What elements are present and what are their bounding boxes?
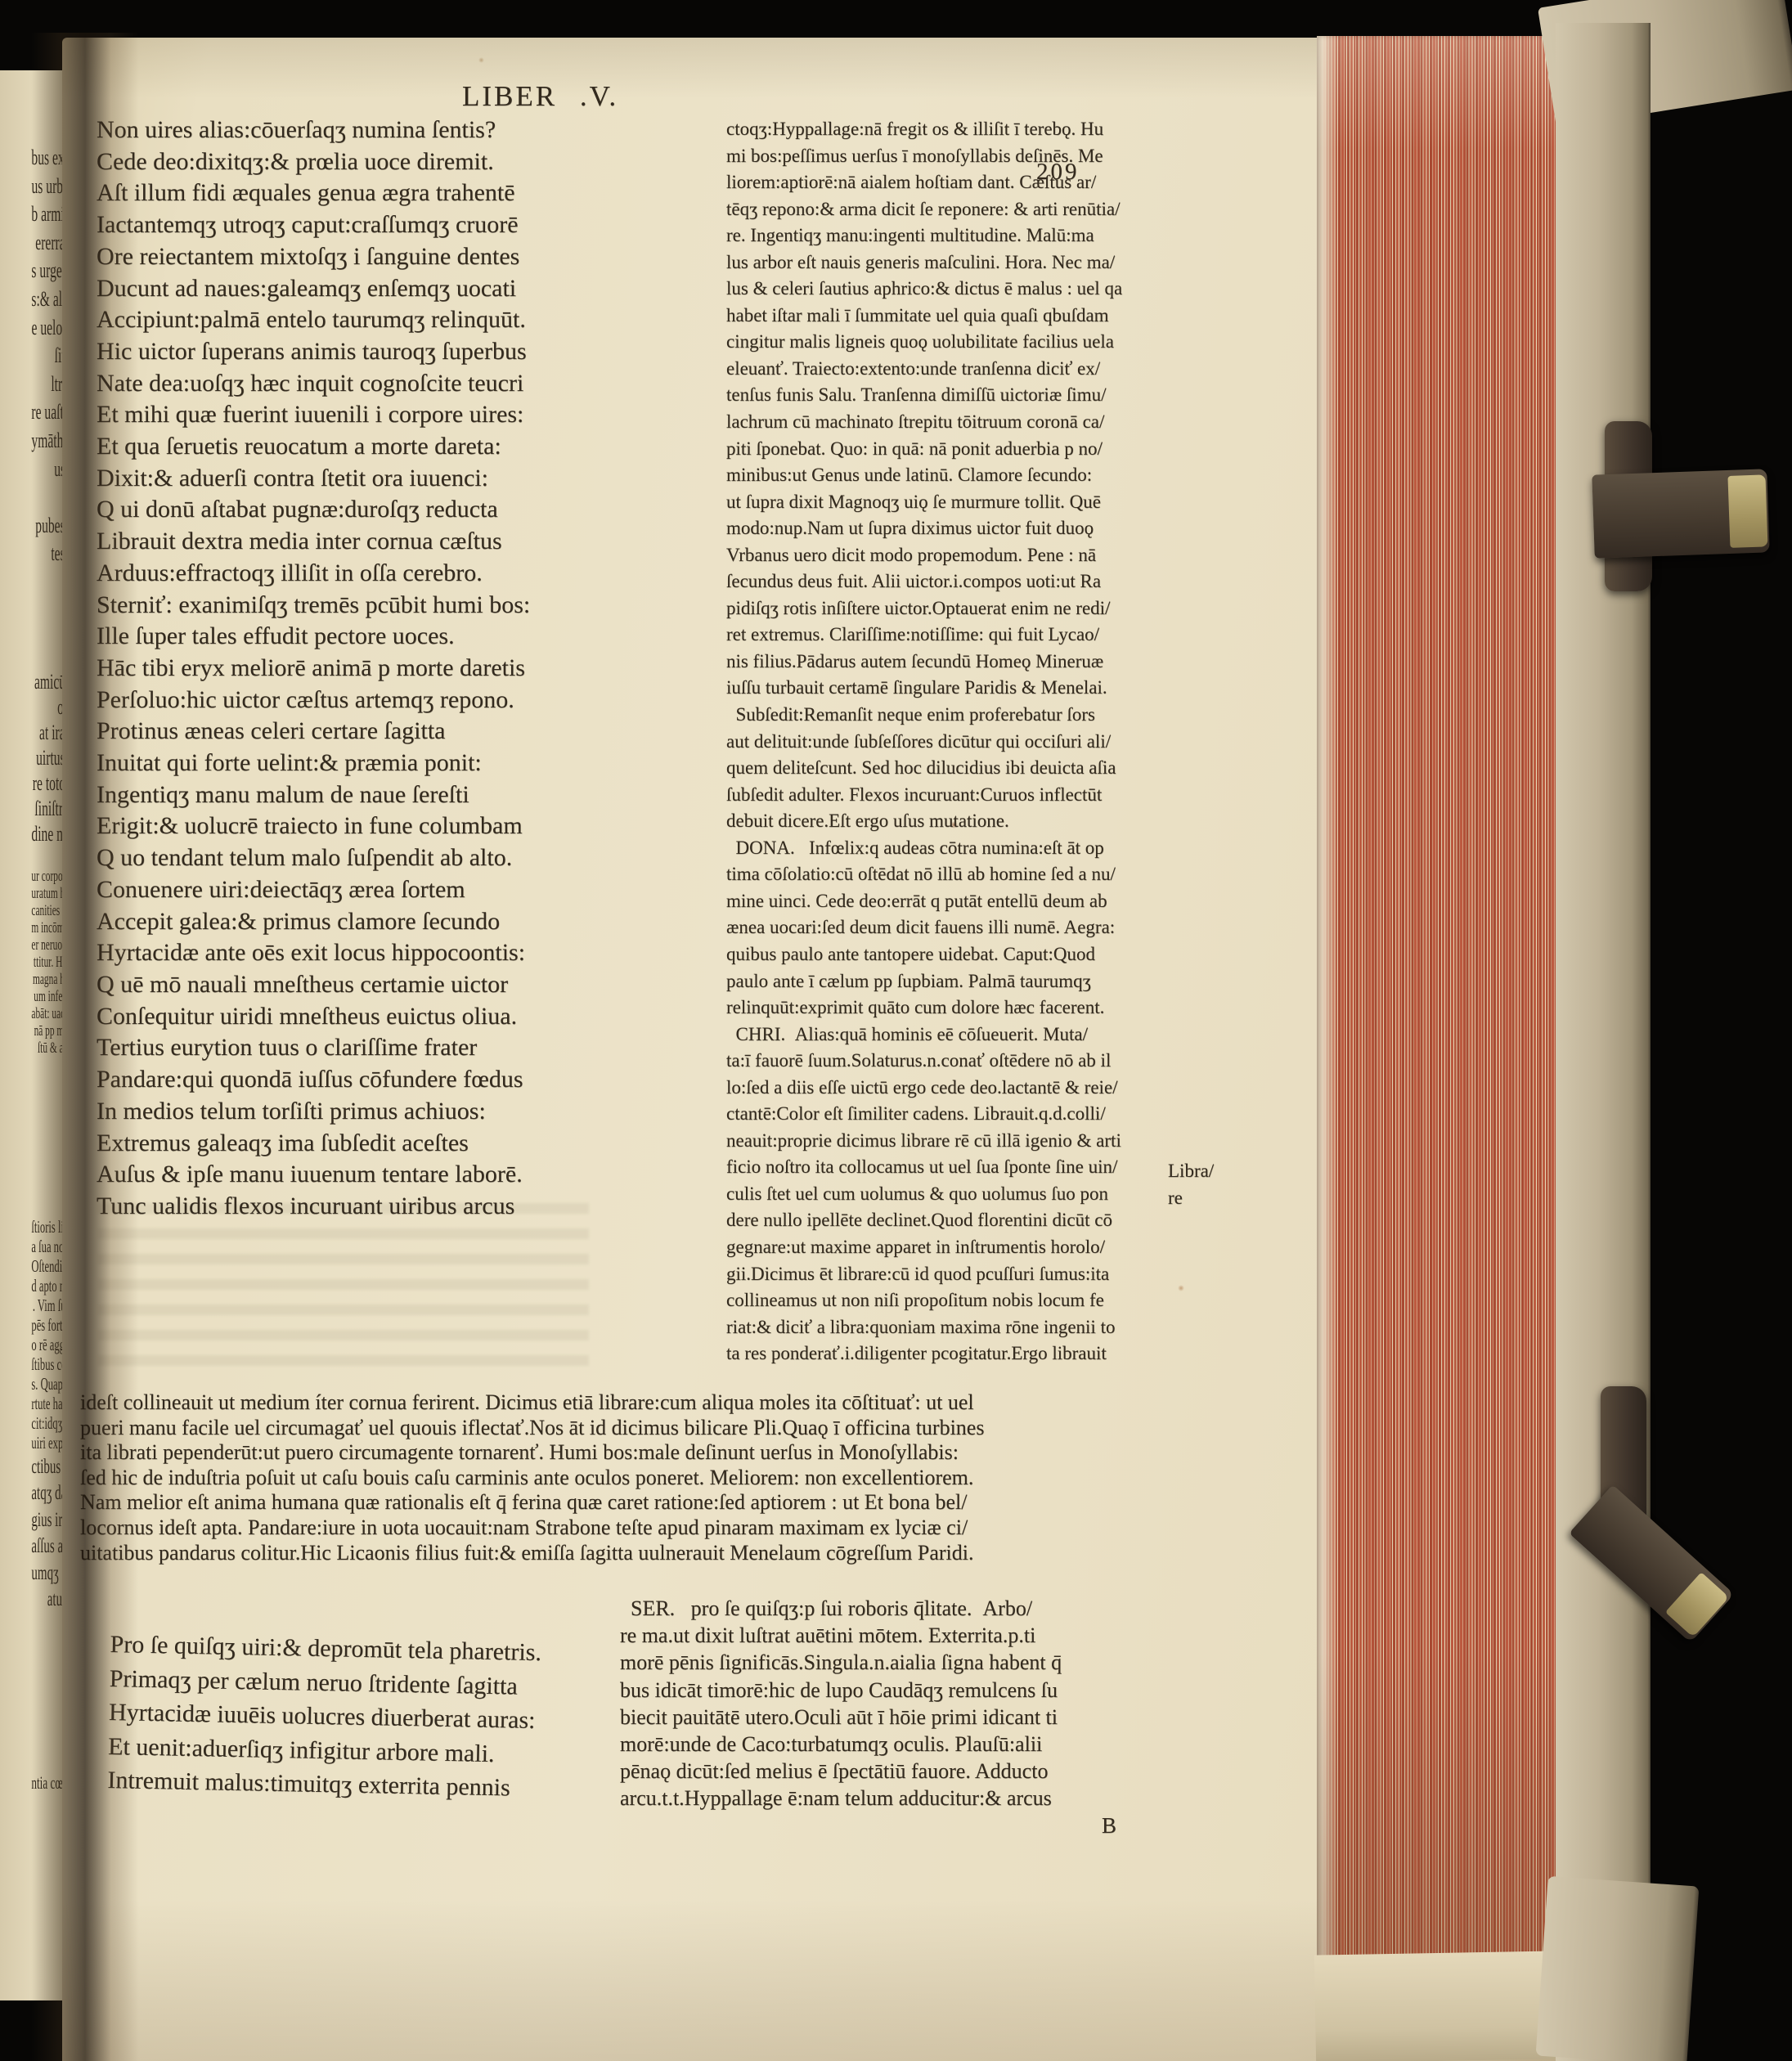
text-line: piti ſponebat. Quo: in quā: nā ponit adu… — [726, 436, 1149, 463]
text-line: morē pēnis ſignificās.Singula.n.aialia ſ… — [620, 1649, 1152, 1676]
text-line: debuit dicere.Eſt ergo uſus mutatione. — [726, 808, 1149, 835]
upper-clasp-brass-fitting — [1727, 474, 1767, 548]
bottom-commentary-block: ideſt collineauit ut medium íter cornua … — [80, 1390, 1174, 1565]
text-line: Tertius eurytion tuus o clariſſime frate… — [97, 1032, 569, 1064]
text-line: habet iſtar mali ī ſummitate uel quia qu… — [726, 303, 1149, 330]
upper-clasp-strap — [1592, 469, 1769, 558]
text-line: SER. pro ſe quiſqʒ:p ſui roboris q̄litat… — [620, 1595, 1152, 1622]
fore-edge-bottom-margin — [1314, 1951, 1563, 2061]
text-line: Ille ſuper tales effudit pectore uoces. — [97, 621, 569, 653]
running-title: LIBER .V. — [462, 80, 618, 113]
text-line: ta res ponderať.i.diligenter pcogitatur.… — [726, 1340, 1149, 1367]
text-line: relinquūt:exprimit quāto cum dolore hæc … — [726, 995, 1149, 1022]
text-line: Conuenere uiri:deiectāqʒ ærea ſortem — [97, 874, 569, 906]
text-line: gegnare:ut maxime apparet in inſtrumenti… — [726, 1234, 1149, 1261]
text-line: cingitur malis ligneis quoǫ uolubilitate… — [726, 329, 1149, 356]
text-line: Q ui donū aſtabat pugnæ:duroſqʒ reducta — [97, 494, 569, 526]
text-line: lus arbor eſt nauis generis maſculini. H… — [726, 249, 1149, 276]
text-line: aut delituit:unde ſubſeſſores dicūtur qu… — [726, 729, 1149, 756]
text-line: ret extremus. Clariſſime:notiſſime: qui … — [726, 622, 1149, 649]
text-line: tenſus funis Salu. Tranſenna dimiſſū uic… — [726, 382, 1149, 409]
text-line: Perſoluo:hic uictor cæſtus artemqʒ repon… — [97, 685, 569, 716]
lower-clasp-brass-fitting — [1665, 1572, 1729, 1637]
text-line: pēnaǫ dicūt:ſed melius ē ſpectātiū fauor… — [620, 1758, 1152, 1785]
text-line: Iactantemqʒ utroqʒ caput:craſſumqʒ cruor… — [97, 209, 569, 241]
text-line: ctoqʒ:Hyppallage:nā fregit os & illiſit … — [726, 116, 1149, 143]
vellum-cover-edge — [1556, 23, 1651, 2061]
text-line: Erigit:& uolucrē traiecto in fune columb… — [97, 810, 569, 842]
text-line: Accipiunt:palmā entelo taurumqʒ relinquū… — [97, 304, 569, 336]
text-line: ficio noſtro ita collocamus ut uel ſua ſ… — [726, 1154, 1149, 1181]
margin-note: Libra/re — [1168, 1157, 1258, 1211]
text-line: Inuitat qui forte uelint:& præmia ponit: — [97, 748, 569, 779]
text-line: eleuanť. Traiecto:extento:unde tranſenna… — [726, 356, 1149, 383]
text-line: ſubſedit adulter. Flexos incuruant:Curuo… — [726, 782, 1149, 809]
text-line: lus & celeri ſautius aphrico:& dictus ē … — [726, 276, 1149, 303]
quire-signature: B — [1102, 1813, 1116, 1839]
lower-clasp — [1591, 1386, 1792, 1632]
text-line: Pandare:qui quondā iuſſus cōfundere fœdu… — [97, 1064, 569, 1096]
text-line: dere nullo ipellēte declinet.Quod floren… — [726, 1207, 1149, 1234]
text-line: ta:ī fauorē ſuum.Solaturus.n.conať oſtēd… — [726, 1048, 1149, 1075]
text-line: ita librati pependerūt:ut puero circumag… — [80, 1440, 1174, 1466]
text-line: Ore reiectantem mixtoſqʒ i ſanguine dent… — [97, 241, 569, 273]
text-line: riat:& diciť a libra:quoniam maxima rōne… — [726, 1314, 1149, 1341]
text-line: mi bos:peſſimus uerſus ī monoſyllabis de… — [726, 143, 1149, 170]
text-line: collineamus ut non niſi propoſitum nobis… — [726, 1287, 1149, 1314]
text-line: paulo ante ī cælum pp ſupbiam. Palmā tau… — [726, 968, 1149, 995]
text-line: arcu.t.t.Hyppallage ē:nam telum adducitu… — [620, 1785, 1152, 1812]
text-line: Subſedit:Remanſit neque enim proferebatu… — [726, 702, 1149, 729]
text-line: pidiſqʒ rotis inſiſtere uictor.Optauerat… — [726, 595, 1149, 622]
text-line: Dixit:& aduerſi contra ſtetit ora iuuenc… — [97, 463, 569, 495]
text-line: lachrum cū machinato ſtrepitu tōitruum c… — [726, 409, 1149, 436]
text-line: Non uires alias:cōuerſaqʒ numina ſentis? — [97, 114, 569, 146]
text-line: neauit:proprie dicimus librare rē cū ill… — [726, 1128, 1149, 1155]
text-line: gii.Dicimus ēt librare:cū id quod pcuſſu… — [726, 1261, 1149, 1288]
text-line: pueri manu facile uel circumagať uel quo… — [80, 1416, 1174, 1441]
verse-column: Non uires alias:cōuerſaqʒ numina ſentis?… — [97, 114, 569, 1223]
text-line: Sterniť: exanimiſqʒ tremēs pcūbit humi b… — [97, 590, 569, 622]
text-line: quem deliteſcunt. Sed hoc dilucidius ibi… — [726, 755, 1149, 782]
text-line: Ingentiqʒ manu malum de naue ſereſti — [97, 779, 569, 811]
lower-clasp-strap — [1569, 1484, 1734, 1642]
fore-edge-page-block — [1317, 36, 1561, 1960]
text-line: minibus:ut Genus unde latinū. Clamore ſe… — [726, 462, 1149, 489]
text-line: morē:unde de Caco:turbatumqʒ oculis. Pla… — [620, 1731, 1152, 1758]
text-line: liorem:aptiorē:nā aialem hoſtiam dant. C… — [726, 169, 1149, 196]
text-line: iuſſu turbauit certamē ſingulare Paridis… — [726, 675, 1149, 702]
book-photograph: bus exitus urbēb armisererrats urget:s:&… — [0, 0, 1792, 2061]
text-line: ſecundus deus fuit. Alii uictor.i.compos… — [726, 568, 1149, 595]
text-line: modo:nup.Nam ut ſupra diximus uictor fui… — [726, 515, 1149, 542]
text-line: re ma.ut dixit luſtrat auētini mōtem. Ex… — [620, 1622, 1152, 1649]
text-line: ut ſupra dixit Magnoqʒ uiǫ ſe murmure to… — [726, 489, 1149, 516]
text-line: bus idicāt timorē:hic de lupo Caudāqʒ re… — [620, 1677, 1152, 1704]
text-line: Ducunt ad naues:galeamqʒ enſemqʒ uocati — [97, 273, 569, 305]
text-line: tima cōſolatio:cū oſtēdat nō illū ab hom… — [726, 861, 1149, 888]
text-line: Et qua ſeruetis reuocatum a morte dareta… — [97, 431, 569, 463]
text-line: Nate dea:uoſqʒ hæc inquit cognoſcite teu… — [97, 368, 569, 400]
text-line: Et mihi quæ fuerint iuuenili i corpore u… — [97, 399, 569, 431]
text-line: Hāc tibi eryx meliorē animā p morte dare… — [97, 653, 569, 685]
text-line: culis ſtet uel cum uolumus & quo uolumus… — [726, 1181, 1149, 1208]
text-line: Aſt illum fidi æquales genua ægra trahen… — [97, 177, 569, 209]
text-line: re — [1168, 1184, 1258, 1211]
text-line: mine uinci. Cede deo:errāt q putāt entel… — [726, 888, 1149, 915]
text-line: Auſus & ipſe manu iuuenum tentare laborē… — [97, 1159, 569, 1191]
text-line: ænea uocari:ſed deum dicit fauens illi n… — [726, 914, 1149, 941]
servius-paragraph: SER. pro ſe quiſqʒ:p ſui roboris q̄litat… — [620, 1595, 1152, 1812]
text-line: re. Ingentiqʒ manu:ingenti multitudine. … — [726, 222, 1149, 249]
text-line: ctantē:Color eſt ſimiliter cadens. Libra… — [726, 1101, 1149, 1128]
text-line: biecit pauitātē utero.Oculi aūt ī hōie p… — [620, 1704, 1152, 1731]
text-line: Libra/ — [1168, 1157, 1258, 1184]
text-line: lo:ſed a diis eſſe uictū ergo cede deo.l… — [726, 1075, 1149, 1102]
text-line: locornus ideſt apta. Pandare:iure in uot… — [80, 1515, 1174, 1541]
text-line: Vrbanus uero dicit modo propemodum. Pene… — [726, 542, 1149, 569]
text-line: Accepit galea:& primus clamore ſecundo — [97, 906, 569, 938]
bottom-verse-block: Pro ſe quiſqʒ uiri:& depromūt tela phare… — [107, 1628, 583, 1807]
text-line: Conſequitur uiridi mneſtheus euictus oli… — [97, 1001, 569, 1033]
text-line: Extremus galeaqʒ ima ſubſedit aceſtes — [97, 1128, 569, 1160]
text-line: Protinus æneas celeri certare ſagitta — [97, 716, 569, 748]
commentary-column: ctoqʒ:Hyppallage:nā fregit os & illiſit … — [726, 116, 1149, 1367]
text-line: Librauit dextra media inter cornua cæſtu… — [97, 526, 569, 558]
text-line: Tunc ualidis flexos incuruant uiribus ar… — [97, 1191, 569, 1223]
text-line: ſed hic de induſtria poſuit ut caſu boui… — [80, 1466, 1174, 1491]
text-line: Q uo tendant telum malo ſuſpendit ab alt… — [97, 842, 569, 874]
text-line: DONA. Infœlix:q audeas cōtra numina:eſt … — [726, 835, 1149, 862]
vellum-cover-bottom-corner — [1536, 1876, 1700, 2061]
paper-stain — [1178, 1285, 1184, 1291]
text-line: Hyrtacidæ ante oēs exit locus hippocoont… — [97, 937, 569, 969]
text-line: uitatibus pandarus colitur.Hic Licaonis … — [80, 1541, 1174, 1566]
text-line: In medios telum torſiſti primus achiuos: — [97, 1096, 569, 1128]
text-line: Cede deo:dixitqʒ:& prœlia uoce diremit. — [97, 146, 569, 178]
text-line: Q uē mō nauali mneſtheus certamie uictor — [97, 969, 569, 1001]
text-line: CHRI. Alias:quā hominis eē cōſueuerit. M… — [726, 1022, 1149, 1048]
text-line: ideſt collineauit ut medium íter cornua … — [80, 1390, 1174, 1416]
text-line: Arduus:effractoqʒ illiſit in oſſa cerebr… — [97, 558, 569, 590]
text-line: tēqʒ repono:& arma dicit ſe reponere: & … — [726, 196, 1149, 223]
text-line: quibus paulo ante tantopere uidebat. Cap… — [726, 941, 1149, 968]
text-line: Nam melior eſt anima humana quæ rational… — [80, 1490, 1174, 1515]
paper-stain — [478, 57, 484, 63]
upper-clasp — [1597, 421, 1792, 601]
text-line: nis filius.Pādarus autem ſecundū Homeǫ M… — [726, 649, 1149, 676]
text-line: Hic uictor ſuperans animis tauroqʒ ſuper… — [97, 336, 569, 368]
